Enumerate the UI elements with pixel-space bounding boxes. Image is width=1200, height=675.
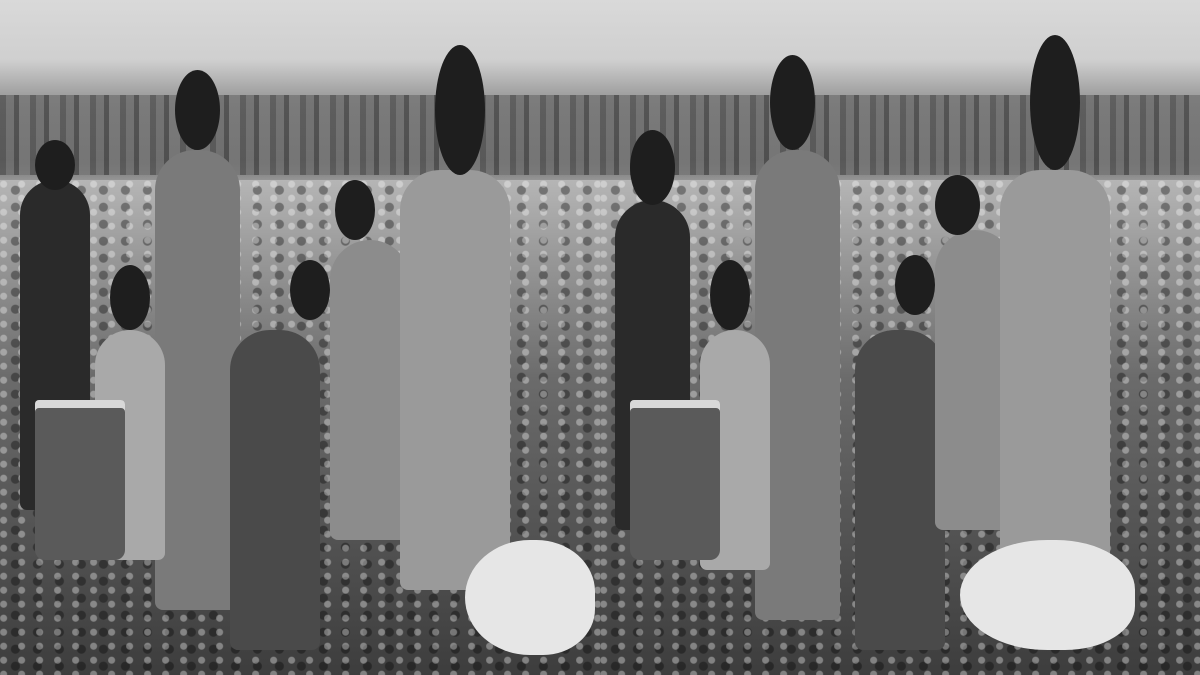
person-head <box>175 70 220 150</box>
treeline <box>0 95 600 175</box>
person <box>230 330 320 650</box>
treeline <box>600 95 1200 175</box>
person-head <box>770 55 815 150</box>
person <box>1000 170 1110 590</box>
person-head <box>1030 35 1080 170</box>
person <box>400 170 510 590</box>
cotton-pile <box>960 540 1135 650</box>
person <box>155 150 240 610</box>
person <box>855 330 945 650</box>
basket <box>35 400 125 560</box>
person-head <box>895 255 935 315</box>
person-head <box>290 260 330 320</box>
person-head <box>630 130 675 205</box>
person-head <box>435 45 485 175</box>
cotton-pile <box>465 540 595 655</box>
person-head <box>335 180 375 240</box>
basket <box>630 400 720 560</box>
person-head <box>35 140 75 190</box>
person-head <box>935 175 980 235</box>
stereo-photo-right <box>600 0 1200 675</box>
person-head <box>710 260 750 330</box>
person-head <box>110 265 150 330</box>
stereo-photo-left <box>0 0 600 675</box>
person <box>330 240 410 540</box>
